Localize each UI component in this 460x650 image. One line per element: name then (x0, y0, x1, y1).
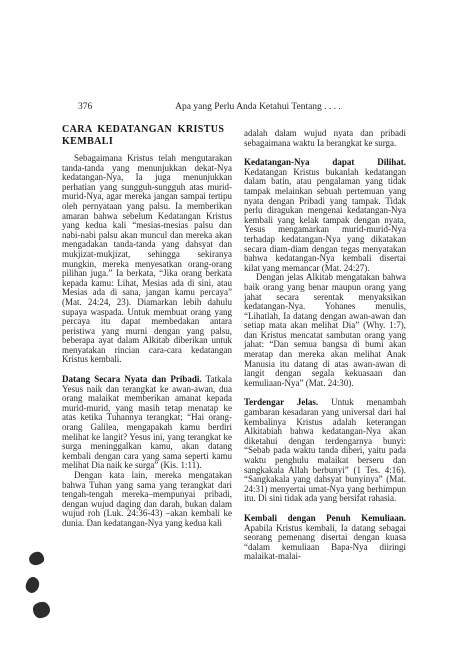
paragraph: Kedatangan-Nya dapat Dilihat. Kedatangan… (244, 158, 406, 273)
article-title: CARA KEDATANGAN KRISTUS KEMBALI (62, 124, 230, 148)
paragraph: Dengan jelas Alkitab mengatakan bahwa ba… (244, 273, 406, 388)
running-header: 376 Apa yang Perlu Anda Ketahui Tentang … (0, 101, 460, 115)
right-column: adalah dalam wujud nyata dan pribadi seb… (244, 123, 406, 562)
runin-heading: Kembali dengan Penuh Kemuliaan. (244, 513, 406, 523)
page-number: 376 (78, 101, 92, 113)
scan-smudge-mark (32, 601, 50, 618)
runin-heading: Terdengar Jelas. (244, 397, 318, 407)
runin-heading: Kedatangan-Nya dapat Dilihat. (244, 157, 406, 167)
paragraph-continuation: adalah dalam wujud nyata dan pribadi seb… (244, 129, 406, 148)
paragraph: Sebagaimana Kristus telah mengutarakan t… (62, 154, 232, 365)
book-page: 376 Apa yang Perlu Anda Ketahui Tentang … (0, 0, 460, 650)
paragraph: Terdengar Jelas. Untuk menambah gambaran… (244, 398, 406, 504)
text-columns: CARA KEDATANGAN KRISTUS KEMBALI Sebagaim… (62, 123, 406, 562)
paragraph: Datang Secara Nyata dan Pribadi. Tatkala… (62, 375, 232, 471)
runin-heading: Datang Secara Nyata dan Pribadi. (62, 374, 202, 384)
paragraph-text: Tatkala Yesus naik dan terangkat ke awan… (62, 374, 232, 470)
paragraph: Kembali dengan Penuh Kemuliaan. Apabila … (244, 514, 406, 562)
paragraph-text: Untuk menambah gambaran kesadaran yang u… (244, 397, 406, 503)
running-header-title: Apa yang Perlu Anda Ketahui Tentang . . … (112, 101, 404, 113)
paragraph-text: Kedatangan Kristus bukanlah kedatangan d… (244, 167, 406, 273)
scan-smudge-mark (28, 551, 45, 566)
left-column: CARA KEDATANGAN KRISTUS KEMBALI Sebagaim… (62, 123, 232, 562)
paragraph: Dengan kata lain, mereka mengatakan bahw… (62, 471, 232, 529)
scan-smudge-mark (24, 576, 40, 594)
paragraph-text: Apabila Kristus kembali, Ia datang sebag… (244, 523, 406, 562)
